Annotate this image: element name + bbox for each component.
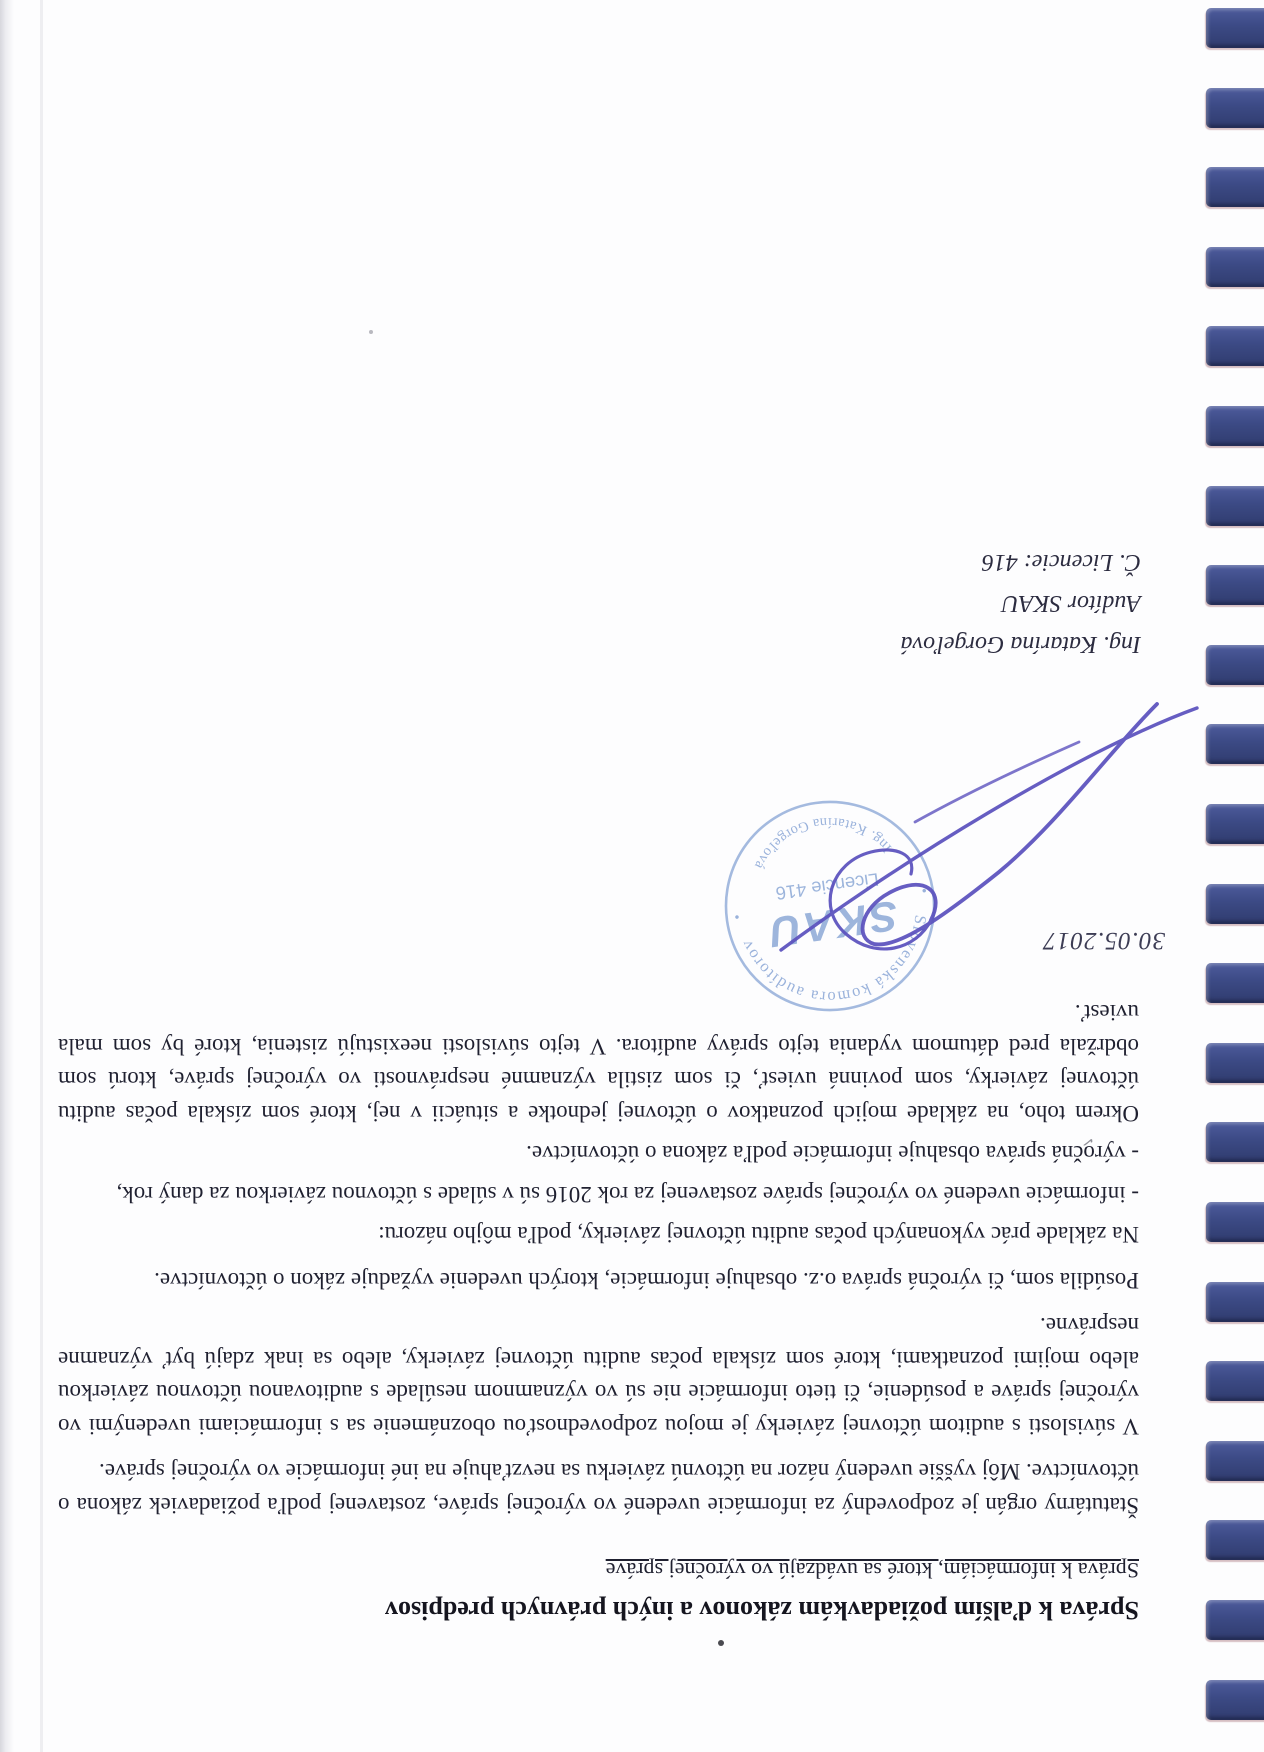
binder-tab: [1206, 486, 1264, 526]
bullet-line: - informácie uvedené vo výročnej správe …: [58, 1178, 1139, 1212]
binder-tab: [1206, 1680, 1264, 1720]
binder-tab: [1206, 645, 1264, 685]
handwritten-signature: [767, 694, 1227, 1004]
auditor-role: Audítor SKAU: [901, 582, 1142, 623]
binder-tab: [1206, 565, 1264, 605]
binder-tab: [1206, 1043, 1264, 1083]
paragraph: Na základe prác vykonaných počas auditu …: [58, 1218, 1139, 1252]
ink-dot: [718, 1640, 724, 1646]
binder-tab: [1206, 88, 1264, 128]
binder-tab: [1206, 1202, 1264, 1242]
scanned-page: Správa k ďalším požiadavkám zákonov a in…: [0, 0, 1264, 1752]
binder-tab: [1206, 884, 1264, 924]
binder-tab: [1206, 963, 1264, 1003]
binder-tab: [1206, 167, 1264, 207]
paragraph: Okrem toho, na základe mojich poznatkov …: [58, 996, 1139, 1130]
binder-tab: [1206, 1361, 1264, 1401]
binder-tab: [1206, 1600, 1264, 1640]
auditor-license: Č. Licencie: 416: [901, 541, 1142, 582]
document-heading: Správa k ďalším požiadavkám zákonov a in…: [58, 1594, 1139, 1626]
bullet-line: - výročná správa obsahuje informácie pod…: [58, 1137, 1139, 1171]
binder-tab: [1206, 724, 1264, 764]
signature-block: Ing. Katarína Gorgeľová Audítor SKAU Č. …: [901, 541, 1142, 664]
paragraph: Posúdila som, či výročná správa o.z. obs…: [58, 1264, 1139, 1298]
document-subheading: Správa k informáciám, ktoré sa uvádzajú …: [58, 1556, 1139, 1584]
rotated-document: Správa k ďalším požiadavkám zákonov a in…: [0, 0, 1264, 1752]
signature-area: 30.05.2017 Slovenská komora audítorov In…: [58, 356, 1139, 996]
paragraph: V súvislosti s auditom účtovnej závierky…: [58, 1309, 1139, 1443]
binder-tab: [1206, 326, 1264, 366]
binder-tab: [1206, 1520, 1264, 1560]
binder-tab: [1206, 247, 1264, 287]
binder-tab: [1206, 1441, 1264, 1481]
binder-tab: [1206, 8, 1264, 48]
binder-tab: [1206, 1122, 1264, 1162]
stamp-separator-right: •: [733, 908, 740, 925]
binder-tab: [1206, 406, 1264, 446]
scan-speck: [369, 330, 373, 334]
binder-tab: [1206, 1282, 1264, 1322]
document-body: Štatutárny orgán je zodpovedný za inform…: [58, 996, 1139, 1522]
binder-tab: [1206, 804, 1264, 844]
auditor-name: Ing. Katarína Gorgeľová: [901, 623, 1142, 664]
paragraph: Štatutárny orgán je zodpovedný za inform…: [58, 1455, 1139, 1522]
